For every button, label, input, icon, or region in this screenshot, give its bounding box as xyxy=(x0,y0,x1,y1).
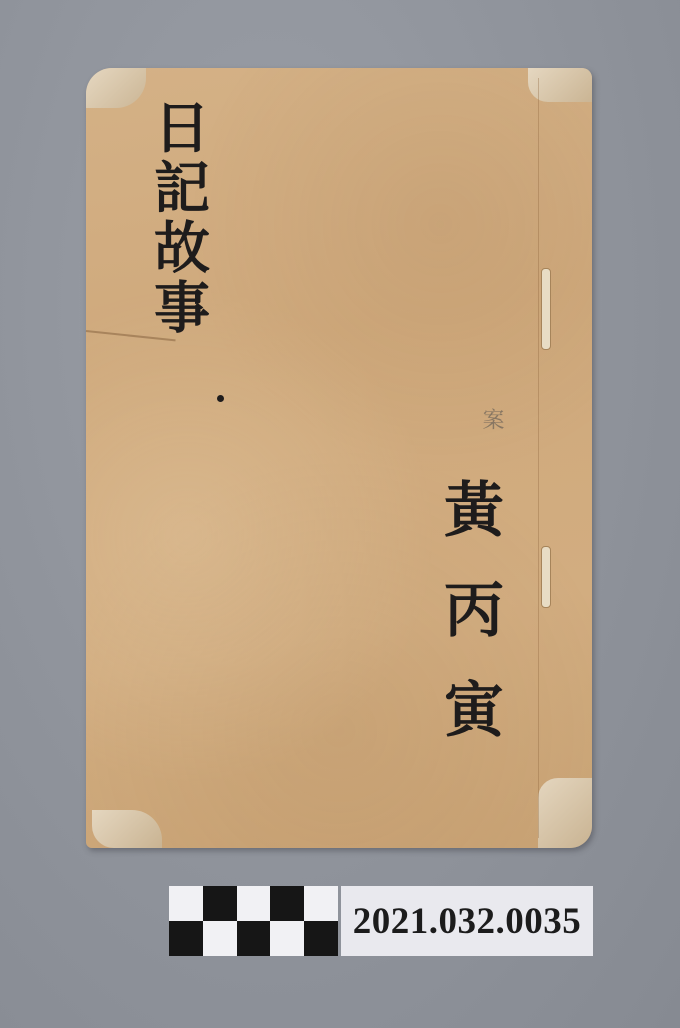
checker-cell xyxy=(270,886,304,921)
manuscript-cover: 日記故事 案 黃丙寅 xyxy=(86,68,592,848)
checker-cell xyxy=(169,886,203,921)
frayed-corner-bottom-right xyxy=(538,778,592,848)
binding-fold-line xyxy=(538,78,539,838)
checker-cell xyxy=(203,921,237,956)
ink-dot xyxy=(217,395,224,402)
checker-cell xyxy=(237,886,271,921)
color-checker xyxy=(169,886,341,956)
accession-number: 2021.032.0035 xyxy=(341,886,593,956)
checker-cell xyxy=(304,921,338,956)
frayed-corner-top-left xyxy=(86,68,146,108)
cover-title: 日記故事 xyxy=(138,98,218,338)
frayed-corner-bottom-left xyxy=(92,810,162,848)
checker-cell xyxy=(203,886,237,921)
checker-cell xyxy=(237,921,271,956)
binding-stitch xyxy=(541,546,551,608)
binding-stitch xyxy=(541,268,551,350)
author-name: 黃丙寅 xyxy=(426,478,512,778)
faint-seal-mark: 案 xyxy=(476,408,507,430)
checker-cell xyxy=(169,921,203,956)
checker-cell xyxy=(270,921,304,956)
checker-cell xyxy=(304,886,338,921)
scale-bar: 2021.032.0035 xyxy=(169,886,593,956)
